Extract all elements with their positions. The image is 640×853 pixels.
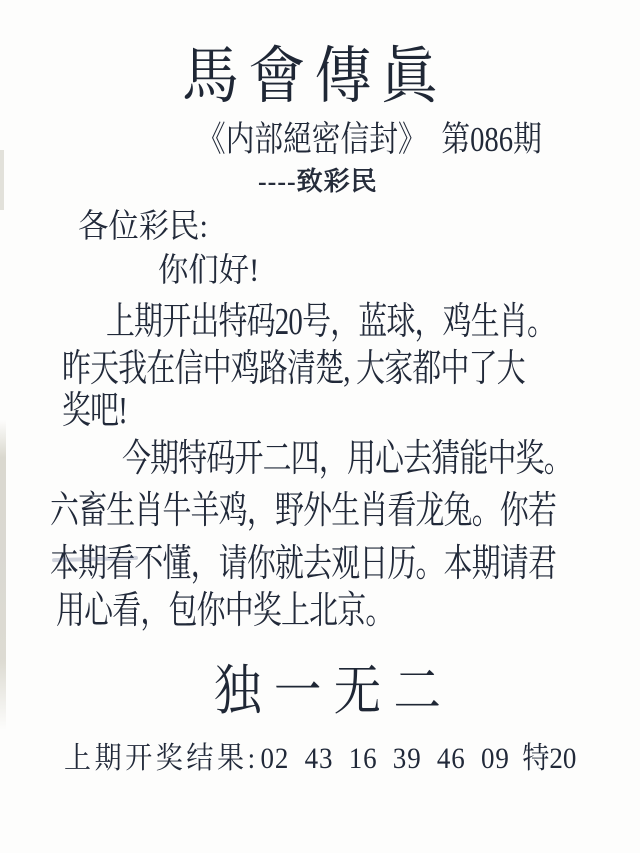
scan-streak-artifact (0, 420, 6, 730)
result-numbers: 02 43 16 39 46 09 (261, 742, 510, 775)
body-line-6: 本期看不懂，请你就去观日历。本期请君 (50, 545, 556, 583)
fax-document-page: 馬會傳眞 《内部絕密信封》第086期 ----致彩民 各位彩民: 你们好! 上期… (0, 0, 640, 853)
result-special: 特20 (522, 742, 576, 775)
result-special-label: 特 (522, 742, 549, 775)
result-special-value: 20 (549, 742, 576, 775)
body-line-2: 昨天我在信中鸡路清楚, 大家都中了大 (62, 350, 525, 388)
document-title: 馬會傳眞 (182, 46, 447, 108)
body-line-3: 奖吧! (62, 392, 127, 430)
envelope-label: 《内部絕密信封》 (197, 120, 427, 159)
body-line-7: 用心看，包你中奖上北京。 (56, 592, 393, 630)
salutation: 各位彩民: (78, 211, 208, 244)
subtitle-line: 《内部絕密信封》第086期 (197, 122, 542, 157)
body-line-4: 今期特码开二四，用心去猜能中奖。 (122, 440, 572, 478)
result-line: 上期开奖结果:02 43 16 39 46 09特20 (64, 744, 576, 774)
scan-streak-artifact-small (0, 150, 4, 210)
dedication-line: ----致彩民 (258, 169, 378, 195)
body-line-5: 六畜生肖牛羊鸡，野外生肖看龙兔。你若 (50, 492, 556, 530)
issue-label: 第086期 (441, 120, 541, 159)
greeting: 你们好! (158, 255, 259, 288)
result-label: 上期开奖结果: (64, 742, 259, 775)
body-line-1: 上期开出特码20号，蓝球，鸡生肖。 (106, 303, 555, 341)
slogan: 独一无二 (214, 664, 453, 718)
